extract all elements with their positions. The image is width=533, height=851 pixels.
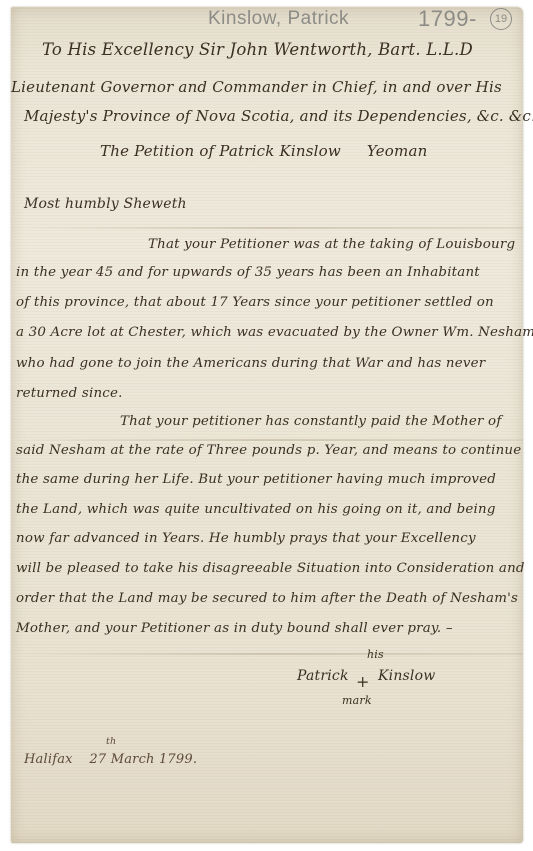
body-line: of this province, that about 17 Years si… (16, 295, 494, 310)
petition-title-text: The Petition of Patrick Kinslow (100, 142, 341, 160)
signature-mark-label: mark (342, 694, 372, 707)
signature-first-name: Patrick (297, 668, 349, 684)
address-line: To His Excellency Sir John Wentworth, Ba… (42, 40, 473, 59)
date-month-year: March 1799. (111, 752, 197, 767)
archival-name-note: Kinslow, Patrick (208, 8, 349, 30)
salutation: Most humbly Sheweth (24, 196, 187, 212)
body-line: who had gone to join the Americans durin… (16, 356, 485, 371)
body-line: order that the Land may be secured to hi… (16, 591, 518, 606)
petition-title: The Petition of Patrick KinslowYeoman (100, 142, 427, 160)
petition-date: Halifax 27 March 1799. (24, 752, 197, 767)
paper-fold-line (11, 653, 523, 655)
date-day-suffix: th (106, 736, 116, 747)
body-line: That your Petitioner was at the taking o… (148, 237, 515, 252)
paper-fold-line (11, 439, 523, 441)
body-line: a 30 Acre lot at Chester, which was evac… (16, 325, 533, 340)
archival-item-number: 19 (490, 8, 512, 30)
paper-fold-line (11, 227, 523, 229)
body-line: now far advanced in Years. He humbly pra… (16, 531, 476, 546)
date-day: 27 (89, 752, 106, 767)
signature-cross-mark-icon: + (356, 672, 370, 691)
body-line: will be pleased to take his disagreeable… (16, 561, 525, 576)
date-place: Halifax (24, 752, 73, 767)
address-line: Majesty's Province of Nova Scotia, and i… (24, 107, 533, 125)
body-line: in the year 45 and for upwards of 35 yea… (16, 265, 480, 280)
body-line: returned since. (16, 386, 123, 401)
body-line: the Land, which was quite uncultivated o… (16, 502, 496, 517)
body-line: the same during her Life. But your petit… (16, 472, 496, 487)
signature-last-name: Kinslow (378, 668, 435, 684)
signature-his: his (367, 648, 384, 661)
body-line: said Nesham at the rate of Three pounds … (16, 443, 521, 458)
archival-year-note: 1799- (418, 6, 477, 32)
body-line: Mother, and your Petitioner as in duty b… (16, 621, 453, 636)
body-line: That your petitioner has constantly paid… (120, 414, 501, 429)
address-line: Lieutenant Governor and Commander in Chi… (11, 78, 502, 96)
petition-occupation: Yeoman (367, 142, 428, 160)
